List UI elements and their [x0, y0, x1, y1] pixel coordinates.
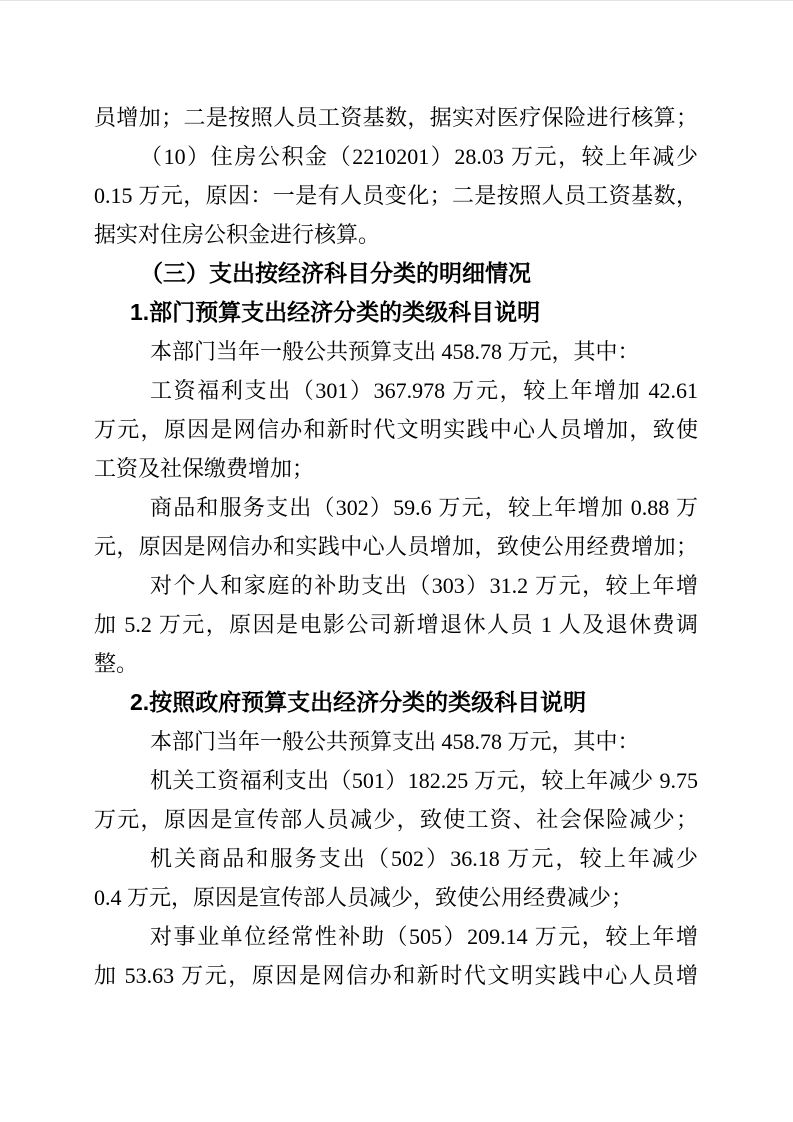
text-line: 据实对住房公积金进行核算。	[94, 215, 698, 254]
text-line: 机关商品和服务支出（502）36.18 万元，较上年减少	[94, 839, 698, 878]
text-line: 万元，原因是网信办和新时代文明实践中心人员增加，致使	[94, 410, 698, 449]
text-line: 本部门当年一般公共预算支出 458.78 万元，其中：	[94, 722, 698, 761]
document-page: 员增加；二是按照人员工资基数，据实对医疗保险进行核算；（10）住房公积金（221…	[0, 0, 793, 1122]
text-line: 商品和服务支出（302）59.6 万元，较上年增加 0.88 万	[94, 488, 698, 527]
text-line: （10）住房公积金（2210201）28.03 万元，较上年减少	[94, 137, 698, 176]
heading-line: 2.按照政府预算支出经济分类的类级科目说明	[94, 683, 698, 722]
text-line: 工资福利支出（301）367.978 万元，较上年增加 42.61	[94, 371, 698, 410]
text-block: 员增加；二是按照人员工资基数，据实对医疗保险进行核算；（10）住房公积金（221…	[94, 98, 698, 995]
text-line: 本部门当年一般公共预算支出 458.78 万元，其中：	[94, 332, 698, 371]
text-line: 对事业单位经常性补助（505）209.14 万元，较上年增	[94, 917, 698, 956]
text-line: 元，原因是网信办和实践中心人员增加，致使公用经费增加；	[94, 527, 698, 566]
text-line: 0.4 万元，原因是宣传部人员减少，致使公用经费减少；	[94, 878, 698, 917]
heading-line: （三）支出按经济科目分类的明细情况	[94, 254, 698, 293]
heading-line: 1.部门预算支出经济分类的类级科目说明	[94, 293, 698, 332]
text-line: 对个人和家庭的补助支出（303）31.2 万元，较上年增	[94, 566, 698, 605]
text-line: 整。	[94, 644, 698, 683]
text-line: 万元，原因是宣传部人员减少，致使工资、社会保险减少；	[94, 800, 698, 839]
text-line: 机关工资福利支出（501）182.25 万元，较上年减少 9.75	[94, 761, 698, 800]
text-line: 工资及社保缴费增加；	[94, 449, 698, 488]
text-line: 员增加；二是按照人员工资基数，据实对医疗保险进行核算；	[94, 98, 698, 137]
text-line: 加 5.2 万元，原因是电影公司新增退休人员 1 人及退休费调	[94, 605, 698, 644]
text-line: 0.15 万元，原因：一是有人员变化；二是按照人员工资基数，	[94, 176, 698, 215]
text-line: 加 53.63 万元，原因是网信办和新时代文明实践中心人员增	[94, 956, 698, 995]
